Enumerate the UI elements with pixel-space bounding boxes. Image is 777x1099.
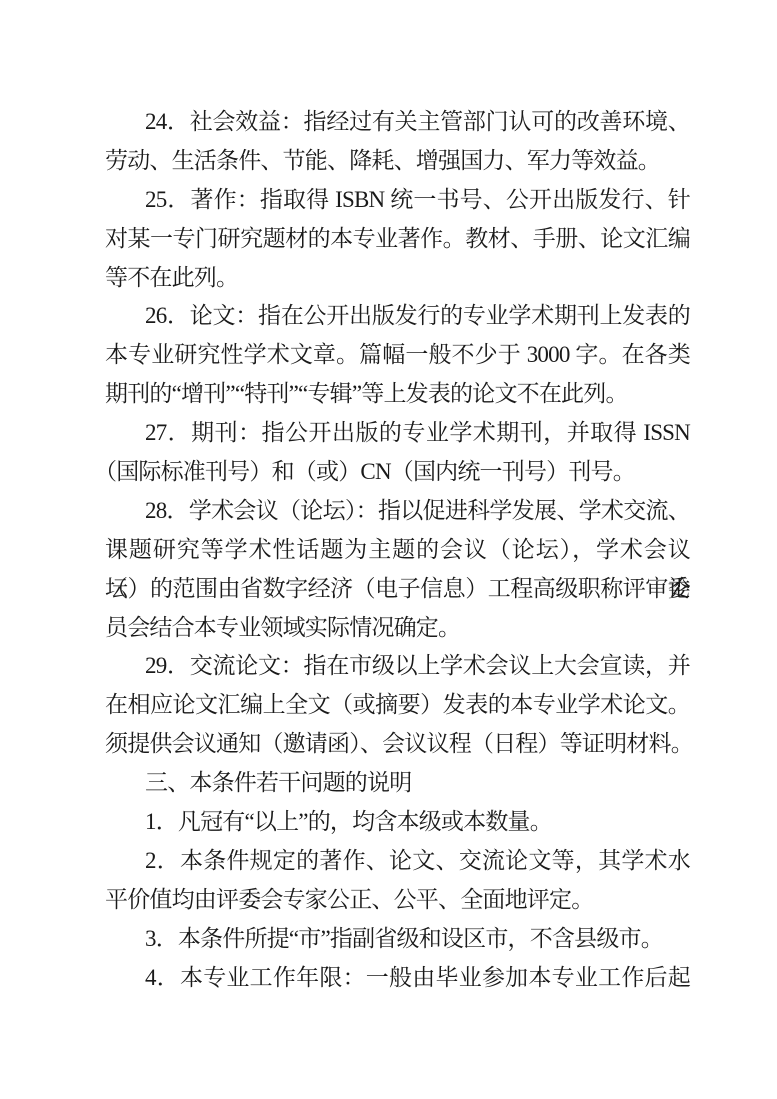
text-line: 等不在此列。 bbox=[105, 259, 690, 298]
text-line: 24．社会效益：指经过有关主管部门认可的改善环境、 bbox=[105, 103, 690, 142]
text-line: （国际标准刊号）和（或）CN（国内统一刊号）刊号。 bbox=[105, 453, 690, 492]
text-line: 对某一专门研究题材的本专业著作。教材、手册、论文汇编 bbox=[105, 220, 690, 259]
text-line: 1．凡冠有“以上”的，均含本级或本数量。 bbox=[105, 803, 690, 842]
text-line: 25．著作：指取得 ISBN 统一书号、公开出版发行、针 bbox=[105, 181, 690, 220]
text-line: 28．学术会议（论坛）：指以促进科学发展、学术交流、 bbox=[105, 492, 690, 531]
text-line: 29．交流论文：指在市级以上学术会议上大会宣读，并 bbox=[105, 647, 690, 686]
text-line: 3．本条件所提“市”指副省级和设区市，不含县级市。 bbox=[105, 920, 690, 959]
text-line: 坛）的范围由省数字经济（电子信息）工程高级职称评审委 bbox=[105, 570, 690, 609]
text-line: 26．论文：指在公开出版发行的专业学术期刊上发表的 bbox=[105, 297, 690, 336]
document-text-block: 24．社会效益：指经过有关主管部门认可的改善环境、劳动、生活条件、节能、降耗、增… bbox=[105, 103, 690, 997]
text-line: 2．本条件规定的著作、论文、交流论文等，其学术水 bbox=[105, 842, 690, 881]
text-line: 本专业研究性学术文章。篇幅一般不少于 3000 字。在各类 bbox=[105, 336, 690, 375]
text-line: 27．期刊：指公开出版的专业学术期刊，并取得 ISSN bbox=[105, 414, 690, 453]
text-line: 期刊的“增刊”“特刊”“专辑”等上发表的论文不在此列。 bbox=[105, 375, 690, 414]
text-line: 员会结合本专业领域实际情况确定。 bbox=[105, 609, 690, 648]
document-page: 24．社会效益：指经过有关主管部门认可的改善环境、劳动、生活条件、节能、降耗、增… bbox=[0, 0, 777, 1099]
text-line: 劳动、生活条件、节能、降耗、增强国力、军力等效益。 bbox=[105, 142, 690, 181]
text-line: 须提供会议通知（邀请函）、会议议程（日程）等证明材料。 bbox=[105, 725, 690, 764]
text-line: 平价值均由评委会专家公正、公平、全面地评定。 bbox=[105, 881, 690, 920]
text-line: 课题研究等学术性话题为主题的会议（论坛），学术会议（论 bbox=[105, 531, 690, 570]
text-line: 三、本条件若干问题的说明 bbox=[105, 764, 690, 803]
text-line: 4．本专业工作年限：一般由毕业参加本专业工作后起 bbox=[105, 959, 690, 998]
text-line: 在相应论文汇编上全文（或摘要）发表的本专业学术论文。 bbox=[105, 686, 690, 725]
